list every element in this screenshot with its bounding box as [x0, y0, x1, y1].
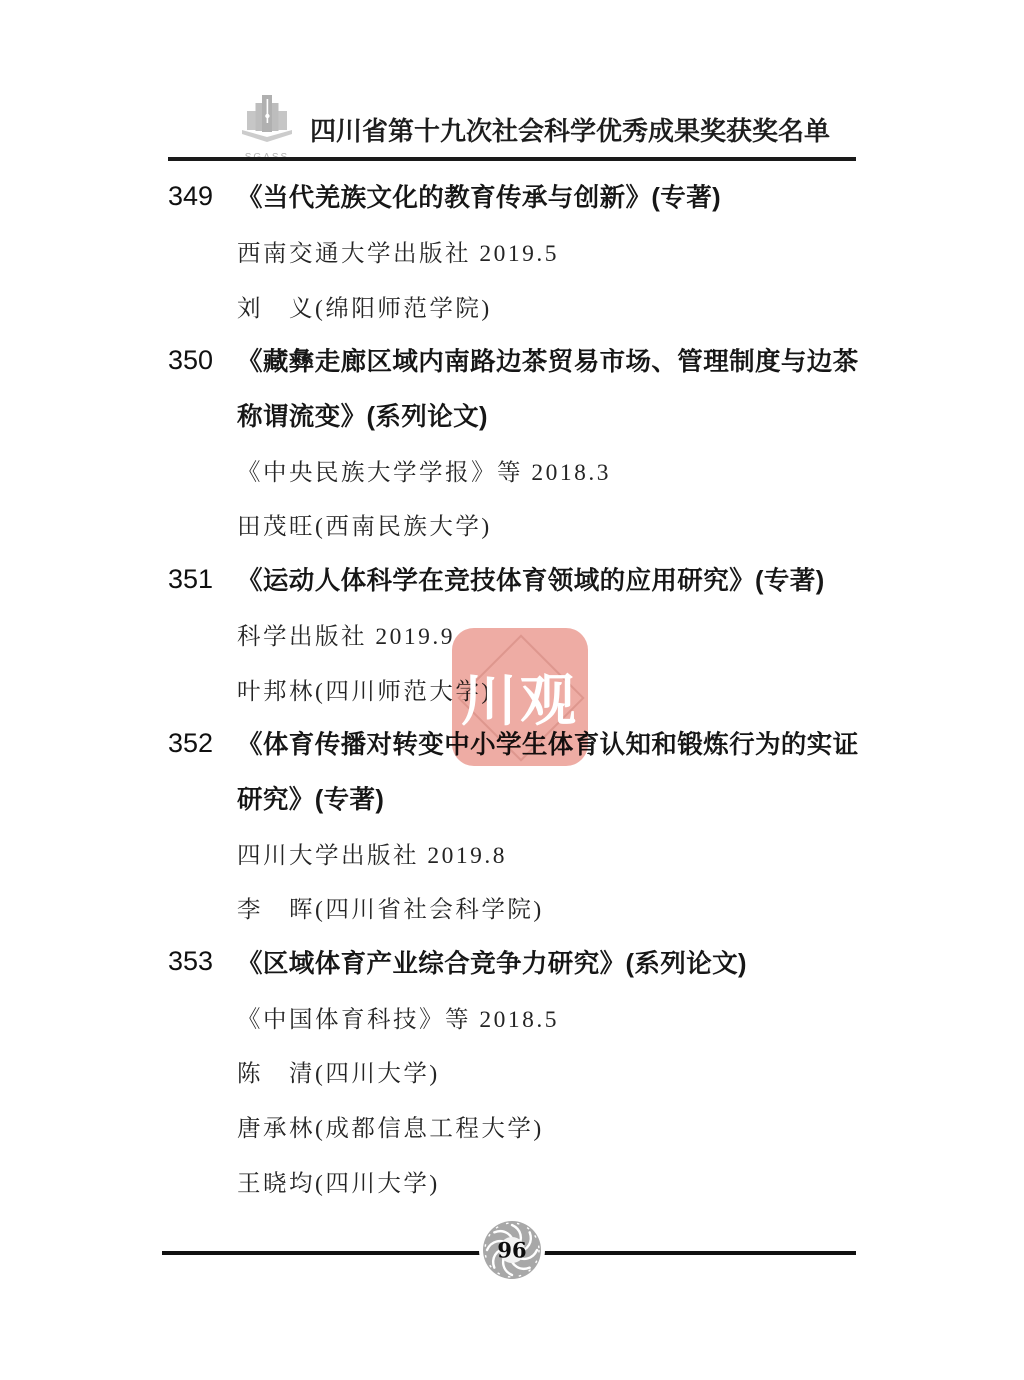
award-entry: 349 《当代羌族文化的教育传承与创新》(专著) 西南交通大学出版社 2019.…: [168, 169, 868, 333]
entry-source: 西南交通大学出版社 2019.5: [237, 234, 559, 268]
page-number: 96: [497, 1238, 526, 1263]
entry-source: 《中国体育科技》等 2018.5: [237, 1000, 559, 1034]
page-title: 四川省第十九次社会科学优秀成果奖获奖名单: [310, 110, 870, 148]
entry-author: 李 晖(四川省社会科学院): [237, 890, 544, 924]
entry-source: 科学出版社 2019.9: [237, 617, 455, 651]
entry-title-continued: 称谓流变》(系列论文): [237, 397, 488, 433]
entry-source: 《中央民族大学学报》等 2018.3: [237, 453, 611, 487]
award-entry: 350 《藏彝走廊区域内南路边茶贸易市场、管理制度与边茶 称谓流变》(系列论文)…: [168, 333, 868, 552]
entry-title: 《运动人体科学在竞技体育领域的应用研究》(专著): [237, 561, 825, 597]
entry-author: 王晓均(四川大学): [237, 1164, 440, 1198]
entry-number: 351: [168, 564, 237, 595]
watermark-text: 川观: [452, 628, 588, 766]
sgass-logo: SGASS: [236, 90, 298, 160]
page-number-ornament: 96: [479, 1217, 545, 1283]
building-book-icon: [236, 90, 298, 146]
entry-title: 《藏彝走廊区域内南路边茶贸易市场、管理制度与边茶: [237, 342, 859, 378]
entry-number: 349: [168, 181, 237, 212]
entry-title: 《当代羌族文化的教育传承与创新》(专著): [237, 178, 721, 214]
award-entry: 353 《区域体育产业综合竞争力研究》(系列论文) 《中国体育科技》等 2018…: [168, 935, 868, 1208]
swirl-ornament-icon: 96: [480, 1218, 544, 1282]
entry-author: 陈 清(四川大学): [237, 1054, 440, 1088]
entry-number: 352: [168, 728, 237, 759]
entry-number: 350: [168, 345, 237, 376]
entry-author: 田茂旺(西南民族大学): [237, 507, 492, 541]
entry-author: 刘 义(绵阳师范学院): [237, 289, 492, 323]
entry-title: 《区域体育产业综合竞争力研究》(系列论文): [237, 944, 747, 980]
entry-number: 353: [168, 946, 237, 977]
entry-source: 四川大学出版社 2019.8: [237, 836, 507, 870]
header-rule: [168, 157, 856, 161]
entry-author: 唐承林(成都信息工程大学): [237, 1109, 544, 1143]
entry-title-continued: 研究》(专著): [237, 780, 384, 816]
document-page: SGASS 四川省第十九次社会科学优秀成果奖获奖名单 349 《当代羌族文化的教…: [0, 0, 1024, 1380]
